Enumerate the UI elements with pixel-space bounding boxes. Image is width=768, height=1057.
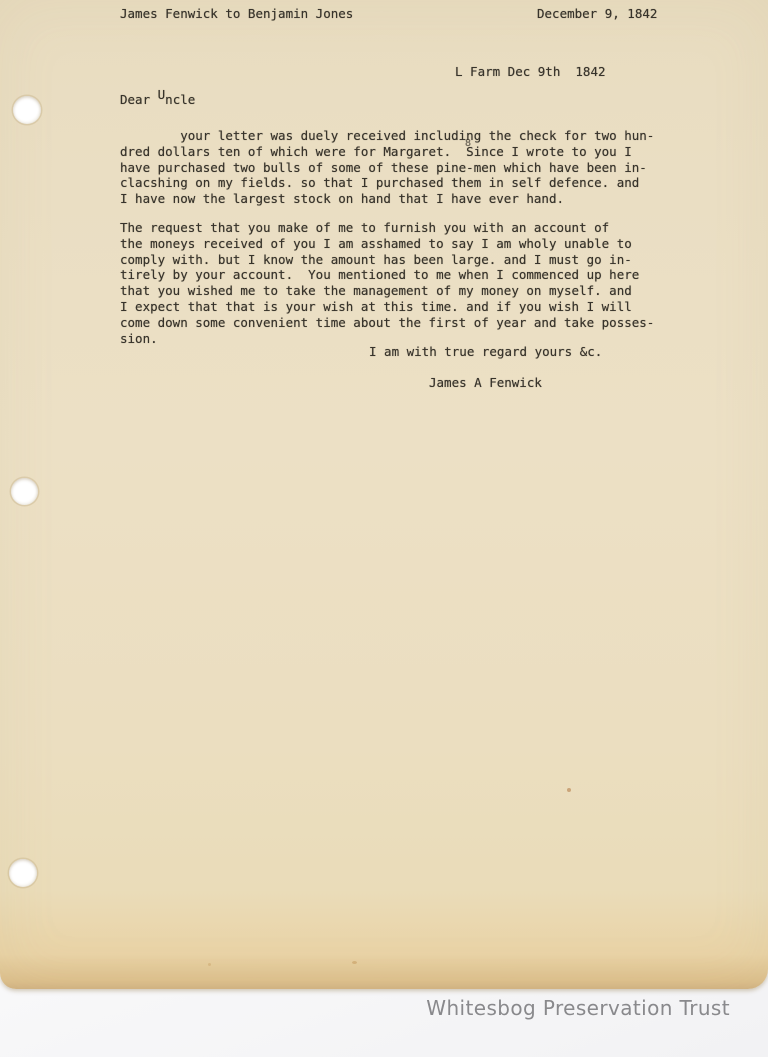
punch-hole-middle	[11, 478, 38, 505]
salutation-text-pre: Dear	[120, 92, 158, 107]
salutation-raised-letter: U	[158, 87, 166, 102]
paper-speck	[208, 963, 211, 966]
letter-closing: I am with true regard yours &c.	[369, 344, 602, 360]
paper-speck	[567, 788, 571, 792]
letter-signature: James A Fenwick	[429, 375, 542, 391]
letter-paragraph-2: The request that you make of me to furni…	[120, 220, 654, 346]
paper-speck	[352, 961, 357, 964]
letter-paragraph-1: your letter was duely received including…	[120, 128, 654, 207]
letter-header-date: December 9, 1842	[537, 6, 657, 22]
punch-hole-top	[13, 96, 41, 124]
archive-credit-label: Whitesbog Preservation Trust	[426, 996, 730, 1020]
salutation-text-post: ncle	[165, 92, 195, 107]
letter-dateline: L Farm Dec 9th 1842	[455, 64, 606, 80]
letter-salutation: Dear Uncle	[120, 92, 195, 108]
letter-header-correspondents: James Fenwick to Benjamin Jones	[120, 6, 353, 22]
letter-page: James Fenwick to Benjamin Jones December…	[0, 0, 768, 989]
punch-hole-bottom	[9, 859, 37, 887]
